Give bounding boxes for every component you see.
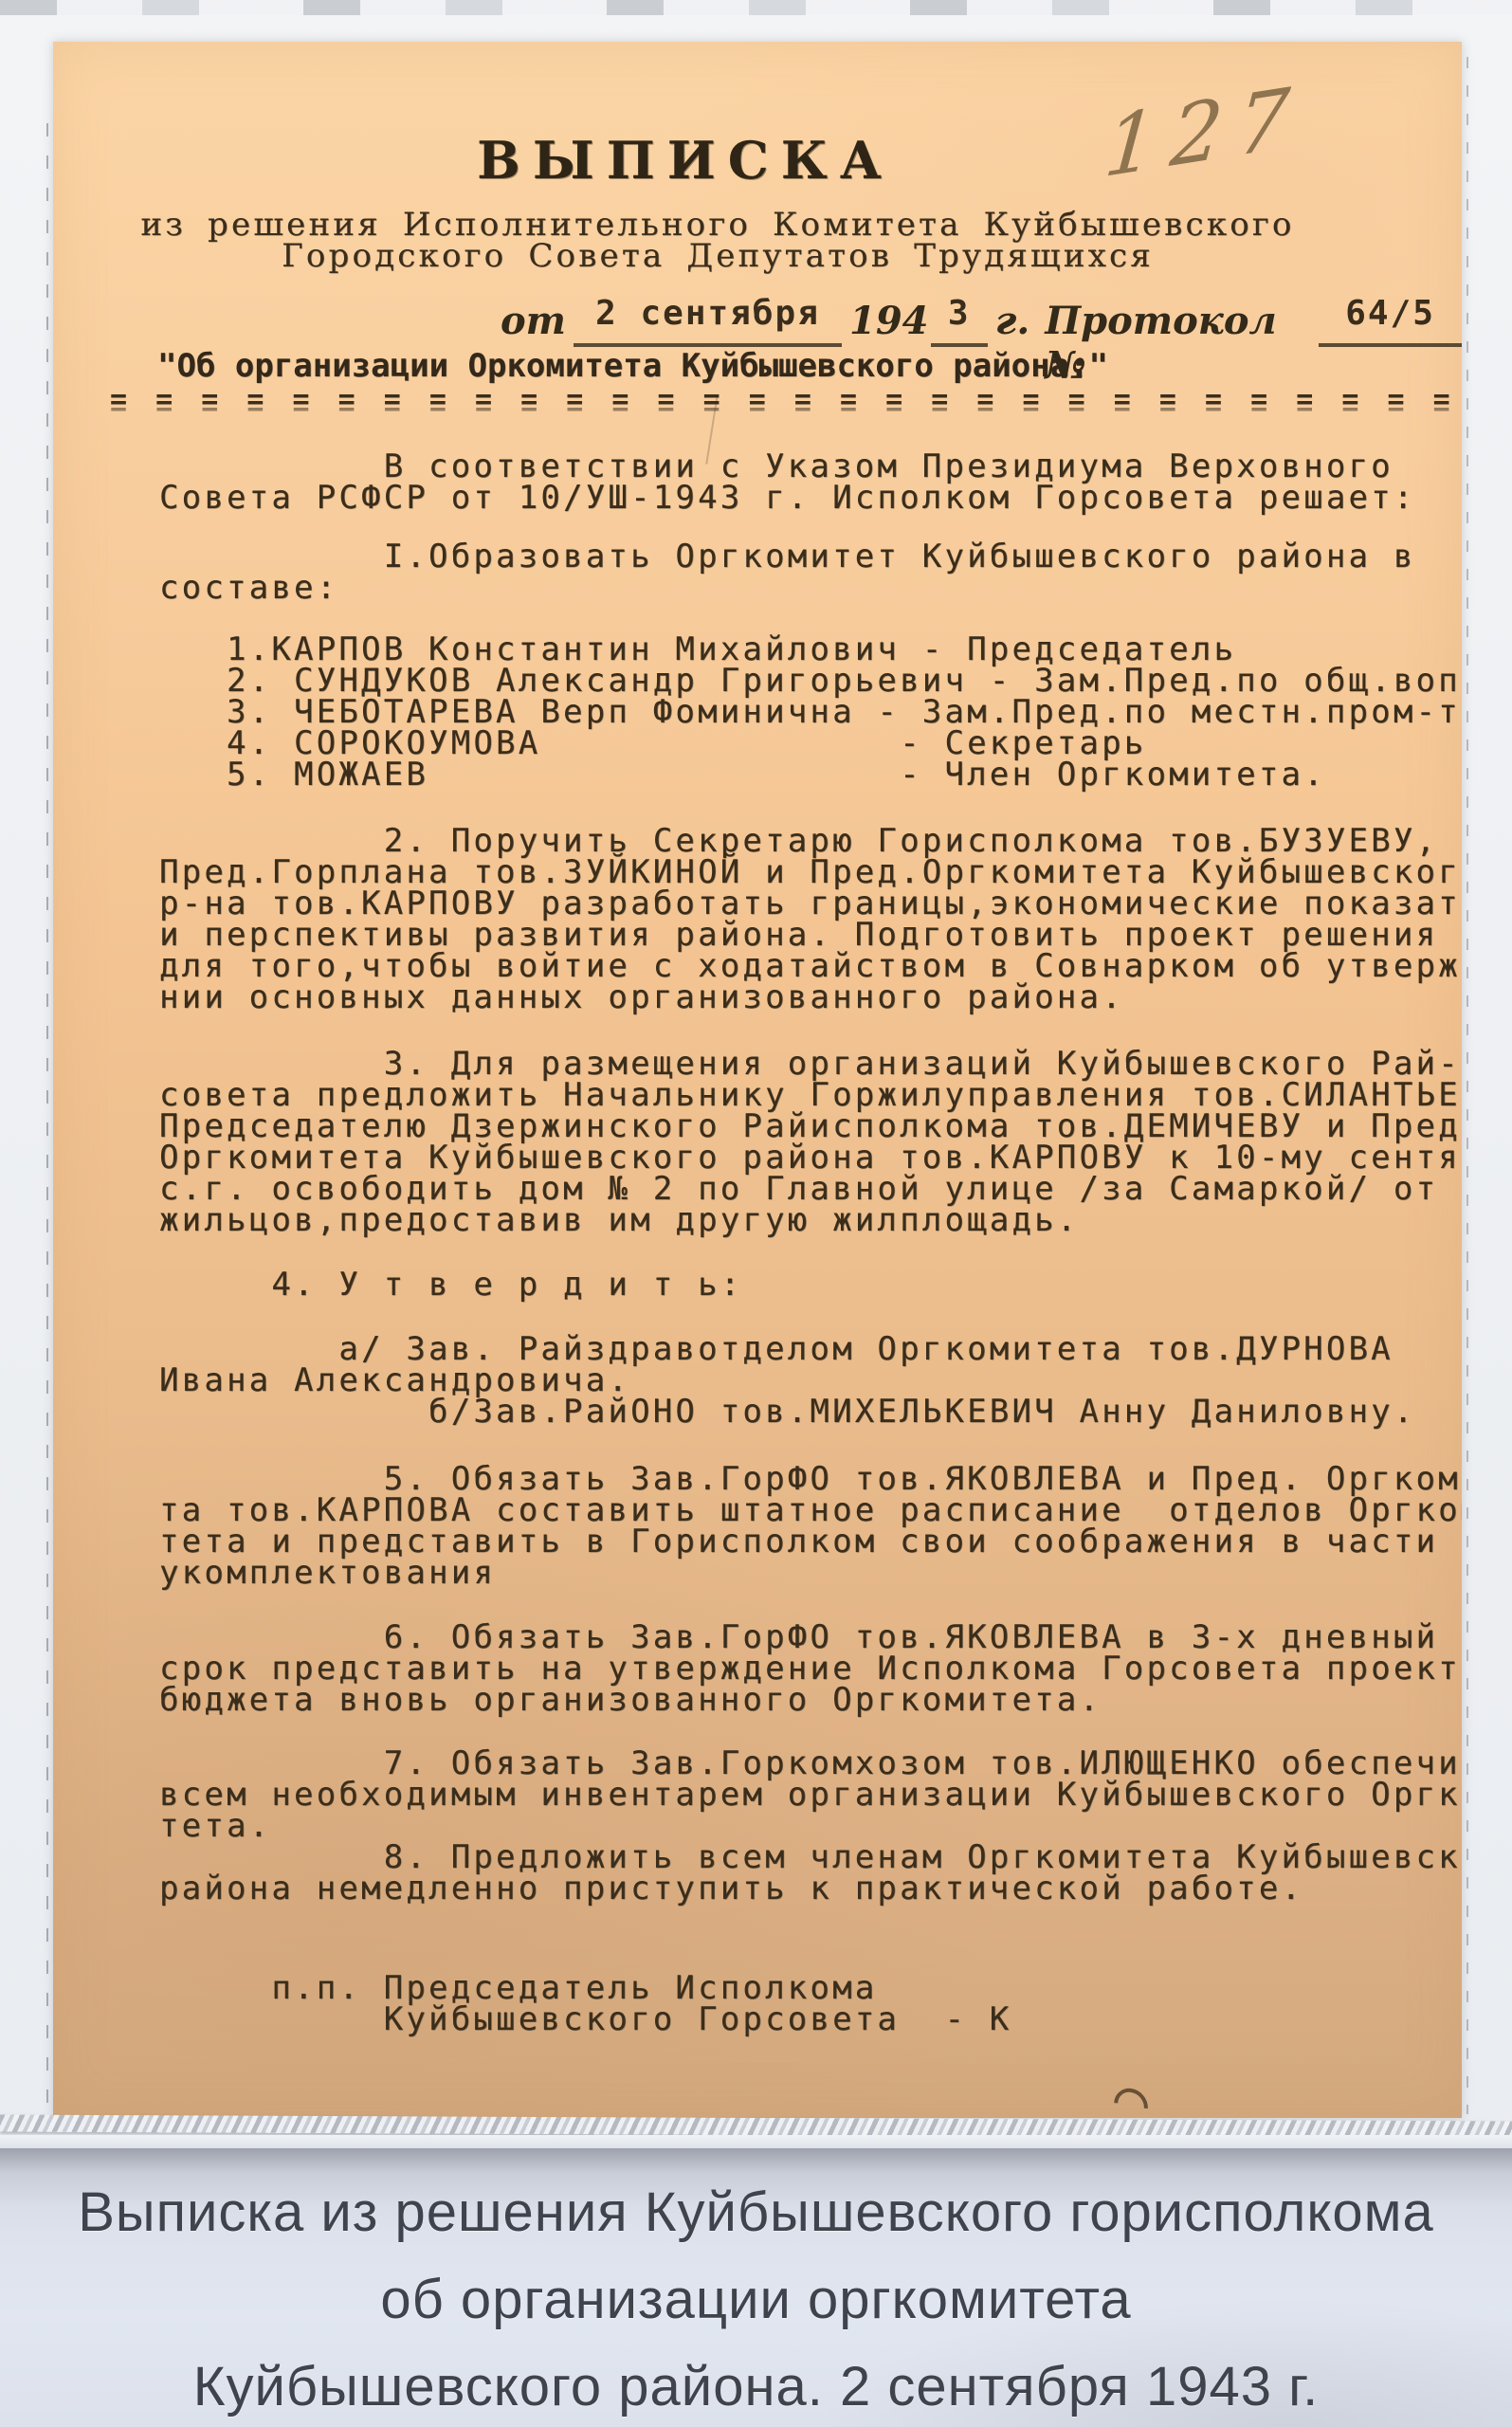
paragraph-item-8: 8. Предложить всем членам Оргкомитета Ку… <box>159 1842 1462 1905</box>
document-title: ВЫПИСКА <box>53 127 1390 193</box>
form-protocol-blank: 64/5 <box>1319 299 1462 347</box>
document-text-line: I.Образовать Оргкомитет Куйбышевского ра… <box>159 541 1462 573</box>
paragraph-item-6: 6. Обязать Зав.ГорФО тов.ЯКОВЛЕВА в 3-х … <box>159 1622 1462 1716</box>
form-year-blank: 3 <box>931 299 988 347</box>
document-text-line: 4. У т в е р д и т ь: <box>159 1269 1462 1301</box>
document-text-line: жильцов,предоставив им другую жилплощадь… <box>159 1205 1462 1236</box>
caption-line: Выписка из решения Куйбышевского гориспо… <box>0 2169 1512 2256</box>
paragraph-item-1: I.Образовать Оргкомитет Куйбышевского ра… <box>159 541 1462 604</box>
paragraph-preamble: В соответствии с Указом Президиума Верхо… <box>159 451 1462 514</box>
paragraph-item-2: 2. Поручить Секретарю Горисполкома тов.Б… <box>159 826 1462 1013</box>
form-from-label: от <box>501 299 566 343</box>
paragraph-item-7: 7. Обязать Зав.Горкомхозом тов.ИЛЮЩЕНКО … <box>159 1748 1462 1842</box>
form-year-printed: 194 <box>849 299 929 343</box>
mat-crease-left <box>46 123 48 2114</box>
member-list: 1.КАРПОВ Константин Михайлович - Председ… <box>159 634 1462 791</box>
document-text-line: нии основных данных организованного райо… <box>159 982 1462 1013</box>
mat-crease-right <box>1466 57 1468 2114</box>
typed-protocol-number: 64/5 <box>1345 294 1435 333</box>
document-text-line: Куйбышевского Горсовета - К <box>159 2004 1462 2035</box>
caption-line: Куйбышевского района. 2 сентября 1943 г. <box>0 2344 1512 2427</box>
caption-line: об организации оргкомитета <box>0 2256 1512 2344</box>
document-text-line: Совета РСФСР от 10/УШ-1943 г. Исполком Г… <box>159 483 1462 514</box>
paragraph-item-4-sub: а/ Зав. Райздравотделом Оргкомитета тов.… <box>159 1334 1462 1428</box>
document-text-line: составе: <box>159 573 1462 604</box>
signature-block: п.п. Председатель Исполкома Куйбышевског… <box>159 1973 1462 2035</box>
document-text-line: 5. МОЖАЕВ - Член Оргкомитета. <box>159 759 1462 791</box>
caption-plate: Выписка из решения Куйбышевского гориспо… <box>0 2148 1512 2427</box>
form-year-label: г. <box>995 299 1029 343</box>
document-text-line: укомплектования <box>159 1558 1462 1589</box>
document-text-line: бюджета вновь организованного Оргкомитет… <box>159 1685 1462 1716</box>
photo-background: 127 ВЫПИСКА из решения Исполнительного К… <box>0 0 1512 2427</box>
caption-text: Выписка из решения Куйбышевского гориспо… <box>0 2169 1512 2427</box>
document-text-line: Городского Совета Депутатов Трудящихся <box>53 241 1422 272</box>
document-text-line: района немедленно приступить к практичес… <box>159 1873 1462 1905</box>
protocol-form-line: от 2 сентября 194 3 г. Протокол № 64/5 <box>493 299 1462 346</box>
paragraph-item-3: 3. Для размещения организаций Куйбышевск… <box>159 1049 1462 1236</box>
document-subtitle: из решения Исполнительного Комитета Куйб… <box>53 210 1422 272</box>
separator-line: = = = = = = = = = = = = = = = = = = = = … <box>110 383 1462 417</box>
paragraph-item-4-head: 4. У т в е р д и т ь: <box>159 1269 1462 1301</box>
typed-year-digit: 3 <box>948 294 971 333</box>
typed-date: 2 сентября <box>595 294 820 333</box>
form-date-blank: 2 сентября <box>574 299 842 347</box>
paragraph-item-5: 5. Обязать Зав.ГорФО тов.ЯКОВЛЕВА и Пред… <box>159 1464 1462 1589</box>
document-content: ВЫПИСКА из решения Исполнительного Комит… <box>53 42 1462 2118</box>
mat-top-edge <box>0 0 1512 15</box>
document-text-line: всем необходимым инвентарем организации … <box>159 1779 1462 1811</box>
mat-gap-band <box>0 2135 1512 2148</box>
document-text-line: б/Зав.РайОНО тов.МИХЕЛЬКЕВИЧ Анну Данило… <box>159 1396 1462 1428</box>
document-paper: 127 ВЫПИСКА из решения Исполнительного К… <box>53 42 1462 2118</box>
